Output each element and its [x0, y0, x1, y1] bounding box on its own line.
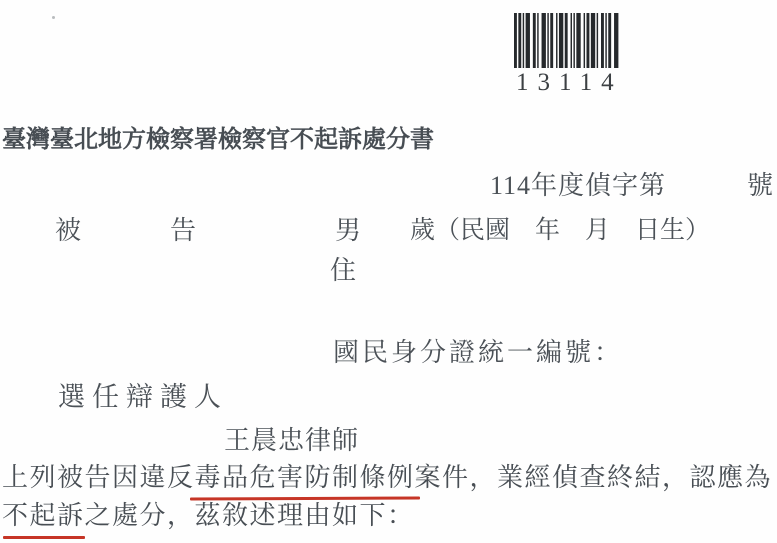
scan-speck — [52, 16, 55, 19]
red-underline-non-prosecution — [3, 536, 85, 539]
defense-counsel-name: 王晨忠律師 — [224, 426, 359, 456]
id-number-label: 國民身分證統一編號： — [333, 338, 623, 368]
body-paragraph-line-1: 上列被告因違反毒品危害防制條例案件，業經偵查終結，認應為 — [2, 463, 772, 493]
defendant-age-birth: 歲（民國 年 月 日生） — [410, 217, 710, 246]
barcode-bars — [514, 13, 620, 68]
document-title: 臺灣臺北地方檢察署檢察官不起訴處分書 — [2, 127, 434, 155]
defendant-label-char-1: 被 — [55, 216, 81, 246]
barcode: 13114 — [514, 13, 622, 97]
defendant-label-char-2: 告 — [170, 216, 196, 246]
barcode-digits: 13114 — [516, 69, 623, 97]
red-underline-drug-law — [190, 496, 420, 500]
body-paragraph-line-2: 不起訴之處分，茲敘述理由如下： — [2, 501, 415, 531]
defendant-gender: 男 — [335, 216, 361, 246]
defense-counsel-label: 選任辯護人 — [58, 382, 228, 413]
scanned-document-page: 13114 臺灣臺北地方檢察署檢察官不起訴處分書 114年度偵字第 號 被 告 … — [0, 0, 777, 543]
case-number-line: 114年度偵字第 號 — [490, 171, 774, 201]
residence-label: 住 — [330, 256, 356, 286]
